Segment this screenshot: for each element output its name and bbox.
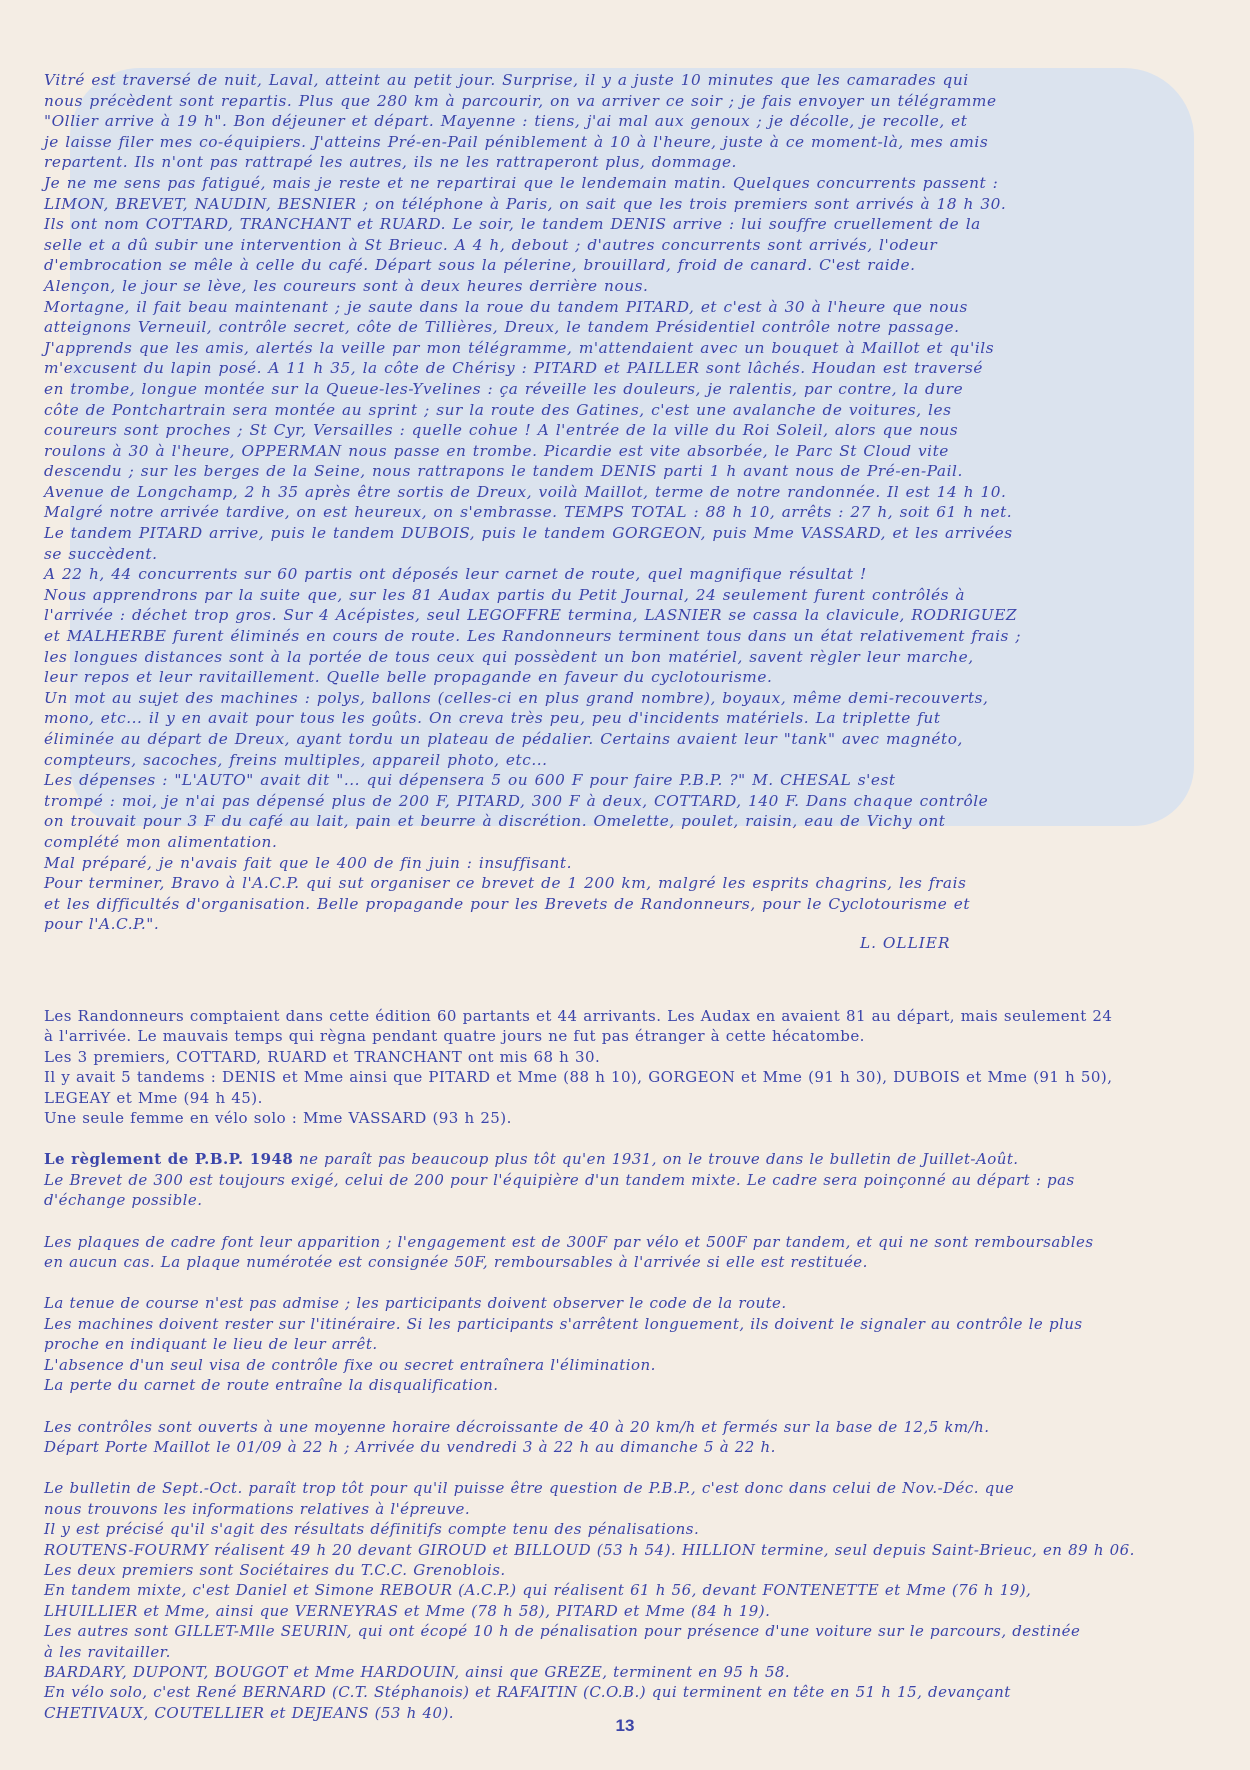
story-line: et les difficultés d'organisation. Belle… [44,894,1124,915]
story-line: l'arrivée : déchet trop gros. Sur 4 Acép… [44,605,1124,626]
rules-line: L'absence d'un seul visa de contrôle fix… [44,1355,1194,1375]
story-line: trompé : moi, je n'ai pas dépensé plus d… [44,791,1124,812]
rules-line: La tenue de course n'est pas admise ; le… [44,1293,1194,1313]
rules-line: Le Brevet de 300 est toujours exigé, cel… [44,1170,1194,1190]
story-line: les longues distances sont à la portée d… [44,647,1124,668]
results-line: BARDARY, DUPONT, BOUGOT et Mme HARDOUIN,… [44,1662,1194,1682]
story-line: repartent. Ils n'ont pas rattrapé les au… [44,152,1124,173]
author-signature: L. OLLIER [860,934,950,952]
results-line: nous trouvons les informations relatives… [44,1499,1194,1519]
results-line: Le bulletin de Sept.-Oct. paraît trop tô… [44,1478,1194,1498]
results-line: En tandem mixte, c'est Daniel et Simone … [44,1580,1194,1600]
rules-line: proche en indiquant le lieu de leur arrê… [44,1334,1194,1354]
story-line: Pour terminer, Bravo à l'A.C.P. qui sut … [44,873,1124,894]
story-line: atteignons Verneuil, contrôle secret, cô… [44,317,1124,338]
story-line: complété mon alimentation. [44,832,1124,853]
story-line: Je ne me sens pas fatigué, mais je reste… [44,173,1124,194]
story-line: coureurs sont proches ; St Cyr, Versaill… [44,420,1124,441]
story-line: LIMON, BREVET, NAUDIN, BESNIER ; on télé… [44,194,1124,215]
story-line: Vitré est traversé de nuit, Laval, attei… [44,70,1124,91]
story-line: A 22 h, 44 concurrents sur 60 partis ont… [44,564,1124,585]
summary-line: Les 3 premiers, COTTARD, RUARD et TRANCH… [44,1047,1194,1067]
rules-line: Les machines doivent rester sur l'itinér… [44,1314,1194,1334]
rules-1948: Le règlement de P.B.P. 1948 ne paraît pa… [44,1149,1194,1723]
rules-line: Les contrôles sont ouverts à une moyenne… [44,1417,1194,1437]
story-line: côte de Pontchartrain sera montée au spr… [44,400,1124,421]
story-line: compteurs, sacoches, freins multiples, a… [44,750,1124,771]
story-line: je laisse filer mes co-équipiers. J'atte… [44,132,1124,153]
story-line: selle et a dû subir une intervention à S… [44,235,1124,256]
participation-summary: Les Randonneurs comptaient dans cette éd… [44,1006,1194,1128]
ollier-testimony: Vitré est traversé de nuit, Laval, attei… [44,70,1124,935]
results-line: à les ravitailler. [44,1642,1194,1662]
rules-lead-title: Le règlement de P.B.P. 1948 [44,1150,293,1168]
story-line: Ils ont nom COTTARD, TRANCHANT et RUARD.… [44,214,1124,235]
story-line: éliminée au départ de Dreux, ayant tordu… [44,729,1124,750]
story-line: Les dépenses : "L'AUTO" avait dit "... q… [44,770,1124,791]
story-line: J'apprends que les amis, alertés la veil… [44,338,1124,359]
summary-line: à l'arrivée. Le mauvais temps qui règna … [44,1026,1194,1046]
story-line: roulons à 30 à l'heure, OPPERMAN nous pa… [44,441,1124,462]
story-line: Un mot au sujet des machines : polys, ba… [44,688,1124,709]
rules-lead-text: ne paraît pas beaucoup plus tôt qu'en 19… [293,1150,1018,1168]
story-line: nous précèdent sont repartis. Plus que 2… [44,91,1124,112]
document-page: Vitré est traversé de nuit, Laval, attei… [0,0,1250,1770]
results-line: ROUTENS-FOURMY réalisent 49 h 20 devant … [44,1540,1194,1560]
story-line: descendu ; sur les berges de la Seine, n… [44,461,1124,482]
story-line: leur repos et leur ravitaillement. Quell… [44,667,1124,688]
story-line: Malgré notre arrivée tardive, on est heu… [44,502,1124,523]
story-line: Mal préparé, je n'avais fait que le 400 … [44,853,1124,874]
summary-line: Les Randonneurs comptaient dans cette éd… [44,1006,1194,1026]
summary-section: Les Randonneurs comptaient dans cette éd… [44,1006,1194,1723]
summary-line: Il y avait 5 tandems : DENIS et Mme ains… [44,1067,1194,1087]
results-line: Les deux premiers sont Sociétaires du T.… [44,1560,1194,1580]
story-line: se succèdent. [44,544,1124,565]
summary-line: LEGEAY et Mme (94 h 45). [44,1088,1194,1108]
rules-line: Les plaques de cadre font leur apparitio… [44,1232,1194,1252]
story-line: mono, etc... il y en avait pour tous les… [44,708,1124,729]
story-line: en trombe, longue montée sur la Queue-le… [44,379,1124,400]
summary-line: Une seule femme en vélo solo : Mme VASSA… [44,1108,1194,1128]
story-line: Avenue de Longchamp, 2 h 35 après être s… [44,482,1124,503]
results-line: Il y est précisé qu'il s'agit des résult… [44,1519,1194,1539]
results-line: Les autres sont GILLET-Mlle SEURIN, qui … [44,1621,1194,1641]
story-line: Le tandem PITARD arrive, puis le tandem … [44,523,1124,544]
rules-line: d'échange possible. [44,1190,1194,1210]
story-line: m'excusent du lapin posé. A 11 h 35, la … [44,358,1124,379]
story-line: on trouvait pour 3 F du café au lait, pa… [44,811,1124,832]
rules-lead: Le règlement de P.B.P. 1948 ne paraît pa… [44,1149,1194,1169]
story-line: d'embrocation se mêle à celle du café. D… [44,255,1124,276]
story-line: Nous apprendrons par la suite que, sur l… [44,585,1124,606]
results-line: LHUILLIER et Mme, ainsi que VERNEYRAS et… [44,1601,1194,1621]
rules-line: Départ Porte Maillot le 01/09 à 22 h ; A… [44,1437,1194,1457]
story-line: "Ollier arrive à 19 h". Bon déjeuner et … [44,111,1124,132]
story-line: pour l'A.C.P.". [44,914,1124,935]
story-line: Mortagne, il fait beau maintenant ; je s… [44,297,1124,318]
rules-line: La perte du carnet de route entraîne la … [44,1375,1194,1395]
story-line: et MALHERBE furent éliminés en cours de … [44,626,1124,647]
rules-line: en aucun cas. La plaque numérotée est co… [44,1252,1194,1272]
results-line: En vélo solo, c'est René BERNARD (C.T. S… [44,1682,1194,1702]
page-number: 13 [600,1716,650,1736]
story-line: Alençon, le jour se lève, les coureurs s… [44,276,1124,297]
